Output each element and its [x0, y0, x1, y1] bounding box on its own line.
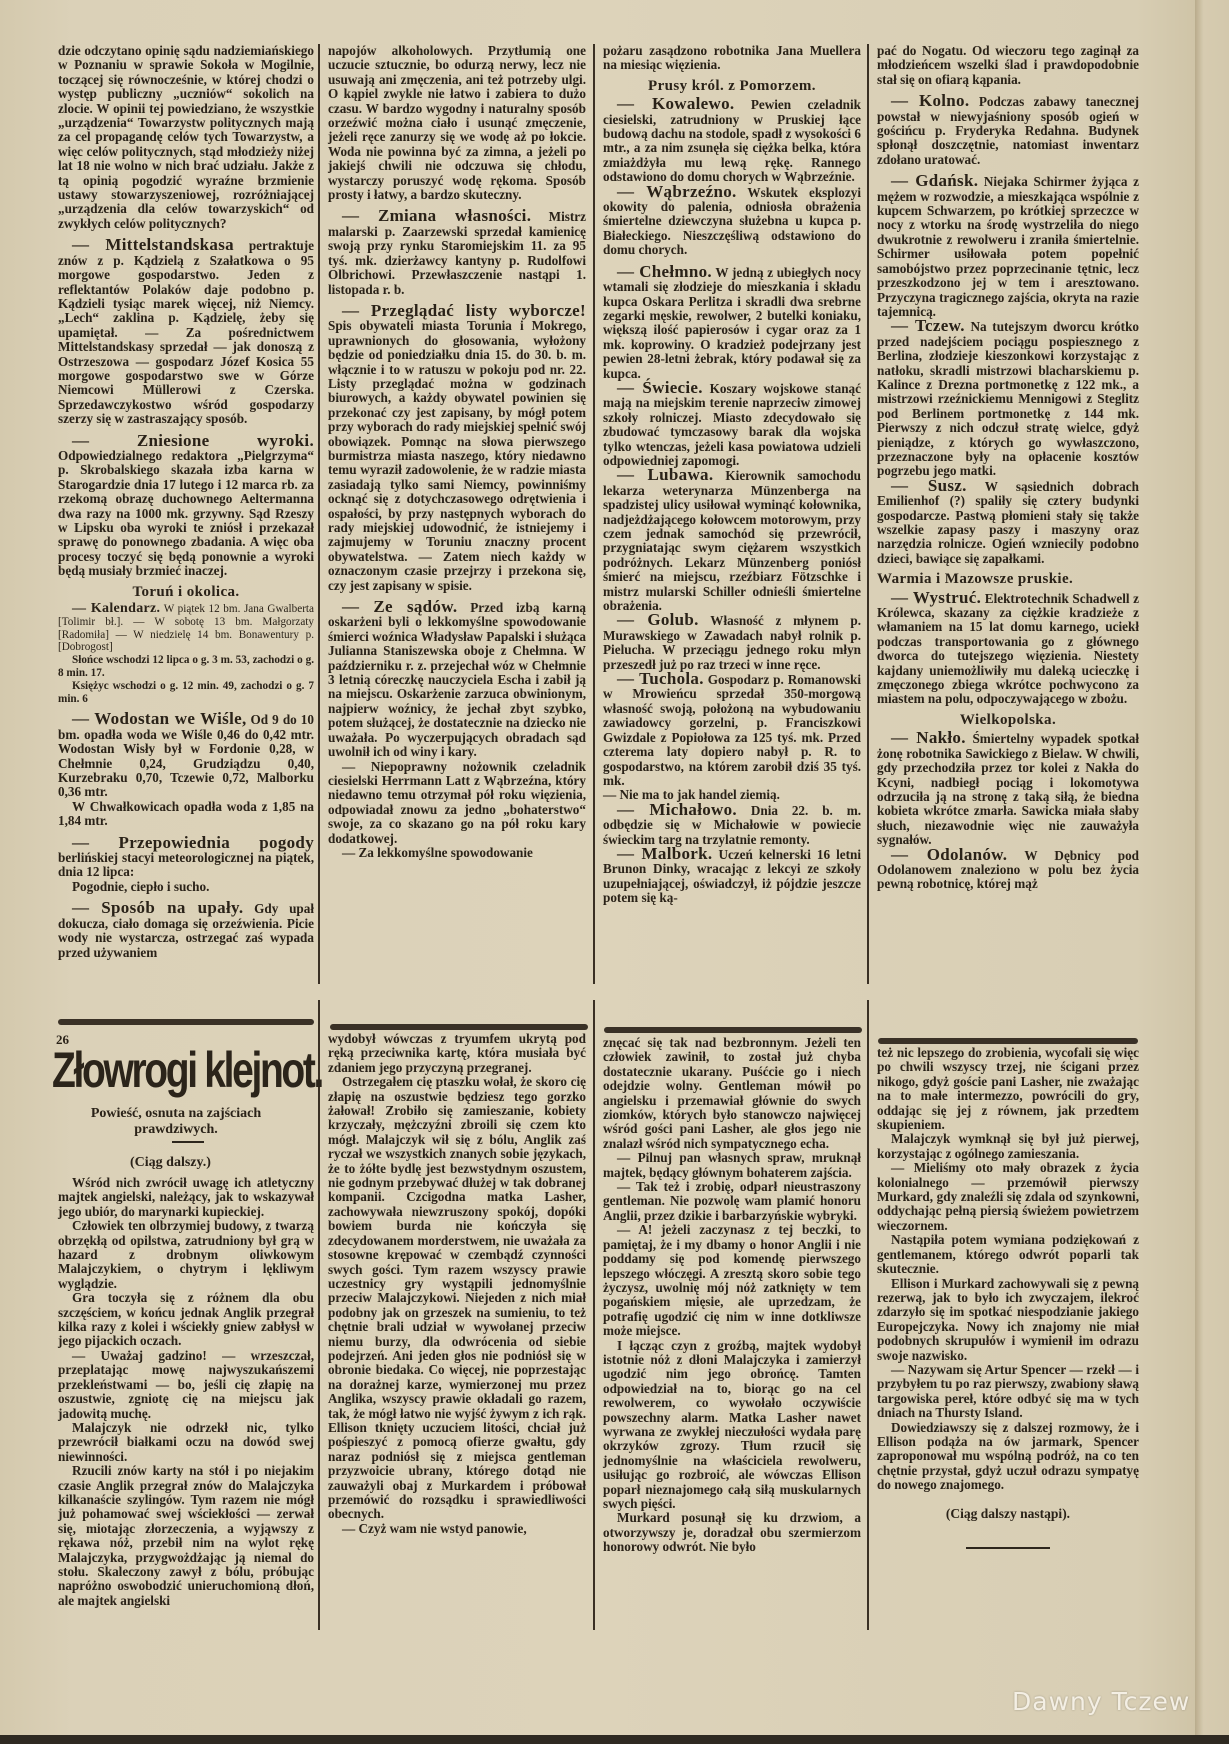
- article-headline: — Przeglądać listy wyborcze!: [342, 301, 586, 320]
- article-zmiana: — Zmiana własności. Mistrz malarski p. Z…: [328, 209, 586, 296]
- novel-paragraph: — Czyż wam nie wstyd panowie,: [328, 1522, 586, 1536]
- novel-paragraph: Malajczyk nie odrzekł nic, tylko przewró…: [58, 1421, 314, 1464]
- novel-paragraph: Rzucili znów karty na stół i po niejakim…: [58, 1464, 314, 1608]
- article-headline: — Chełmno.: [617, 262, 712, 281]
- section-heading: Toruń i okolica.: [58, 585, 314, 599]
- novel-paragraph: Wśród nich zwrócił uwagę ich atletyczny …: [58, 1176, 314, 1219]
- novel-paragraph: Ellison i Murkard zachowywali się z pewn…: [877, 1277, 1139, 1363]
- article-headline: — Kowalewo.: [617, 94, 734, 113]
- section-divider: [878, 1038, 1138, 1044]
- article-headline: — Michałowo.: [617, 800, 737, 819]
- article-body: Śmiertelny wypadek spotkał żonę robotnik…: [877, 731, 1139, 847]
- article-text: pożaru zasądzono robotnika Jana Muellera…: [603, 44, 861, 73]
- article-headline: — Malbork.: [617, 844, 712, 863]
- novel-paragraph: Człowiek ten olbrzymiej budowy, z twarzą…: [58, 1219, 314, 1291]
- article-headline: — Wąbrzeźno.: [617, 182, 737, 201]
- novel-paragraph: — Tak też i zrobię, odparł nieustraszony…: [603, 1180, 861, 1223]
- column-rule: [318, 44, 320, 984]
- article-pogoda: — Przepowiednia pogody berlińskiej stacy…: [58, 836, 314, 880]
- article-kowalewo: — Kowalewo. Pewien czeladnik ciesielski,…: [603, 97, 861, 184]
- article-lubawa: — Lubawa. Kierownik samochodu lekarza we…: [603, 468, 861, 613]
- article-sady: — Ze sądów. Przed izbą karną oskarżeni b…: [328, 600, 586, 759]
- novel-paragraph: znęcać się tak nad bezbronnym. Jeżeli te…: [603, 1036, 861, 1151]
- article-headline: — Tuchola.: [617, 669, 704, 688]
- novel-paragraph: Malajczyk wymknął się był już pierwej, k…: [877, 1132, 1139, 1161]
- novel-paragraph: Ostrzegałem cię ptaszku wołał, że skoro …: [328, 1075, 586, 1522]
- novel-paragraph: też nic lepszego do zrobienia, wycofali …: [877, 1046, 1139, 1132]
- article-gdansk: — Gdańsk. Niejaka Schirmer żyjąca z męże…: [877, 174, 1139, 319]
- section-heading: Warmia i Mazowsze pruskie.: [877, 572, 1139, 586]
- article-body: Kierownik samochodu lekarza weterynarza …: [603, 468, 861, 613]
- article-body: Na tutejszym dworcu krótko przed nadejśc…: [877, 319, 1139, 478]
- novel-paragraph: — Mieliśmy oto mały obrazek z życia kolo…: [877, 1161, 1139, 1233]
- sunrise-text: Słońce wschodzi 12 lipca o g. 3 m. 53, z…: [58, 654, 314, 680]
- novel-subtitle: Powieść, osnuta na zajściach prawdziwych…: [86, 1106, 266, 1138]
- article-body: Elektrotechnik Schadwell z Królewca, ska…: [877, 591, 1139, 707]
- article-headline: — Gdańsk.: [891, 171, 978, 190]
- article-headline: — Susz.: [891, 476, 967, 495]
- article-michalowo: — Michałowo. Dnia 22. b. m. odbędzie się…: [603, 803, 861, 847]
- column-1: dzie odczytano opinię sądu nadziemiański…: [58, 44, 314, 960]
- novel-paragraph: — Nazywam się Artur Spencer — rzekł — i …: [877, 1363, 1139, 1421]
- article-chelmno: — Chełmno. W jedną z ubiegłych nocy wtam…: [603, 265, 861, 381]
- section-heading: Wielkopolska.: [877, 713, 1139, 727]
- scan-border: [0, 1735, 1229, 1744]
- article-text: W Chwałkowicach opadła woda z 1,85 na 1,…: [58, 800, 314, 829]
- moonrise-text: Księżyc wschodzi o g. 12 min. 49, zachod…: [58, 680, 314, 706]
- novel-paragraph: wydobył wówczas z tryumfem ukrytą pod rę…: [328, 1032, 586, 1075]
- article-headline: — Mittelstandskasa: [72, 235, 234, 254]
- novel-paragraph: — Uważaj gadzino! — wrzeszczał, przeplat…: [58, 1349, 314, 1421]
- article-headline: — Odolanów.: [891, 845, 1007, 864]
- article-body: Niejaka Schirmer żyjąca z mężem w rozwod…: [877, 174, 1139, 319]
- novel-paragraph: Nastąpiła potem wymiana podziękowań z ge…: [877, 1233, 1139, 1276]
- article-wystruc: — Wystruć. Elektrotechnik Schadwell z Kr…: [877, 591, 1139, 707]
- article-headline: — Przepowiednia pogody: [72, 833, 314, 852]
- article-listy: — Przeglądać listy wyborcze! Spis obywat…: [328, 304, 586, 593]
- article-tuchola: — Tuchola. Gospodarz p. Romanowski w Mro…: [603, 672, 861, 788]
- article-wodostan: — Wodostan we Wiśle, Od 9 do 10 bm. opad…: [58, 712, 314, 799]
- article-body: pertraktuje znów z p. Kądzielą z Szałatk…: [58, 238, 314, 426]
- article-odolanow: — Odolanów. W Dębnicy pod Odolanowem zna…: [877, 848, 1139, 892]
- novel-column-2: wydobył wówczas z tryumfem ukrytą pod rę…: [328, 1032, 586, 1536]
- novel-column-1: Wśród nich zwrócił uwagę ich atletyczny …: [58, 1176, 314, 1608]
- article-upaly: — Sposób na upały. Gdy upał dokucza, cia…: [58, 901, 314, 960]
- novel-paragraph: — A! jeżeli zaczynasz z tej beczki, to p…: [603, 1223, 861, 1338]
- article-body: Gospodarz p. Romanowski w Mrowieńcu sprz…: [603, 672, 861, 788]
- page-edge: [1195, 0, 1229, 1744]
- article-headline: — Wodostan we Wiśle,: [72, 709, 247, 728]
- section-divider: [604, 1027, 862, 1033]
- novel-paragraph: Dowiedziawszy się z dalszej rozmowy, że …: [877, 1421, 1139, 1493]
- article-naklo: — Nakło. Śmiertelny wypadek spotkał żonę…: [877, 731, 1139, 847]
- article-wyroki: — Zniesione wyroki. Odpowiedzialnego red…: [58, 434, 314, 579]
- calendar: — Kalendarz. W piątek 12 bm. Jana Gwalbe…: [58, 603, 314, 654]
- section-divider: [58, 1019, 314, 1025]
- divider: [966, 1547, 1050, 1549]
- column-2: napojów alkoholowych. Przytłumią one ucz…: [328, 44, 586, 860]
- article-headline: — Zmiana własności.: [342, 206, 531, 225]
- watermark: Dawny Tczew: [1012, 1687, 1190, 1716]
- article-body: W jedną z ubiegłych nocy wtamali się zło…: [603, 265, 861, 381]
- article-headline: — Zniesione wyroki.: [72, 431, 314, 450]
- article-body: berlińskiej stacyi meteorologicznej na p…: [58, 850, 314, 879]
- article-headline: — Sposób na upały.: [72, 898, 243, 917]
- article-headline: — Świecie.: [617, 378, 703, 397]
- article-text: pać do Nogatu. Od wieczoru tego zaginął …: [877, 44, 1139, 87]
- novel-paragraph: Gra toczyła się z różnem dla obu szczęśc…: [58, 1291, 314, 1349]
- novel-column-3: znęcać się tak nad bezbronnym. Jeżeli te…: [603, 1036, 861, 1555]
- article-wabrzezno: — Wąbrzeźno. Wskutek eksplozyi okowity d…: [603, 185, 861, 258]
- article-body: Odpowiedzialnego redaktora „Pielgrzyma“ …: [58, 448, 314, 578]
- article-headline: — Nakło.: [891, 728, 966, 747]
- article-headline: — Ze sądów.: [342, 597, 457, 616]
- article-text: — Za lekkomyślne spowodowanie: [328, 846, 586, 860]
- article-golub: — Golub. Własność z młynem p. Murawskieg…: [603, 613, 861, 672]
- novel-title: Złowrogi klejnot.: [52, 1040, 239, 1100]
- article-swiecie: — Świecie. Koszary wojskowe stanąć mają …: [603, 381, 861, 468]
- article-susz: — Susz. W sąsiednich dobrach Emilienhof …: [877, 479, 1139, 566]
- divider: [172, 1141, 204, 1143]
- article-mittelstandskasa: — Mittelstandskasa pertraktuje znów z p.…: [58, 238, 314, 426]
- article-headline: — Kalendarz.: [72, 601, 160, 616]
- novel-column-4: też nic lepszego do zrobienia, wycofali …: [877, 1046, 1139, 1549]
- article-text: dzie odczytano opinię sądu nadziemiański…: [58, 44, 314, 231]
- novel-paragraph: — Pilnuj pan własnych spraw, mruknął maj…: [603, 1151, 861, 1180]
- continued-label: (Ciąg dalszy.): [130, 1155, 211, 1171]
- weather-forecast: Pogodnie, ciepło i sucho.: [58, 880, 314, 894]
- section-heading: Prusy król. z Pomorzem.: [603, 79, 861, 93]
- column-rule: [867, 44, 869, 984]
- article-headline: — Lubawa.: [617, 465, 713, 484]
- article-headline: — Kolno.: [891, 91, 969, 110]
- article-headline: — Tczew.: [891, 316, 965, 335]
- novel-paragraph: Murkard posunął się ku drzwiom, a otworz…: [603, 1511, 861, 1554]
- article-kolno: — Kolno. Podczas zabawy tanecznej powsta…: [877, 94, 1139, 167]
- article-text: — Niepoprawny nożownik czeladnik ciesiel…: [328, 760, 586, 846]
- column-rule: [593, 1000, 595, 1630]
- to-be-continued: (Ciąg dalszy nastąpi).: [877, 1507, 1139, 1521]
- column-4: pać do Nogatu. Od wieczoru tego zaginął …: [877, 44, 1139, 892]
- article-malbork: — Malbork. Uczeń kelnerski 16 letni Brun…: [603, 847, 861, 906]
- column-3: pożaru zasądzono robotnika Jana Muellera…: [603, 44, 861, 906]
- article-body: Spis obywateli miasta Torunia i Mokrego,…: [328, 318, 586, 592]
- novel-paragraph: I łącząc czyn z groźbą, majtek wydobył i…: [603, 1339, 861, 1512]
- column-rule: [593, 44, 595, 984]
- article-headline: — Golub.: [617, 610, 699, 629]
- article-headline: — Wystruć.: [891, 588, 981, 607]
- column-rule: [867, 1000, 869, 1630]
- section-divider: [330, 1024, 588, 1030]
- article-tczew: — Tczew. Na tutejszym dworcu krótko prze…: [877, 319, 1139, 478]
- article-text: napojów alkoholowych. Przytłumią one ucz…: [328, 44, 586, 202]
- article-body: Przed izbą karną oskarżeni byli o lekkom…: [328, 600, 586, 759]
